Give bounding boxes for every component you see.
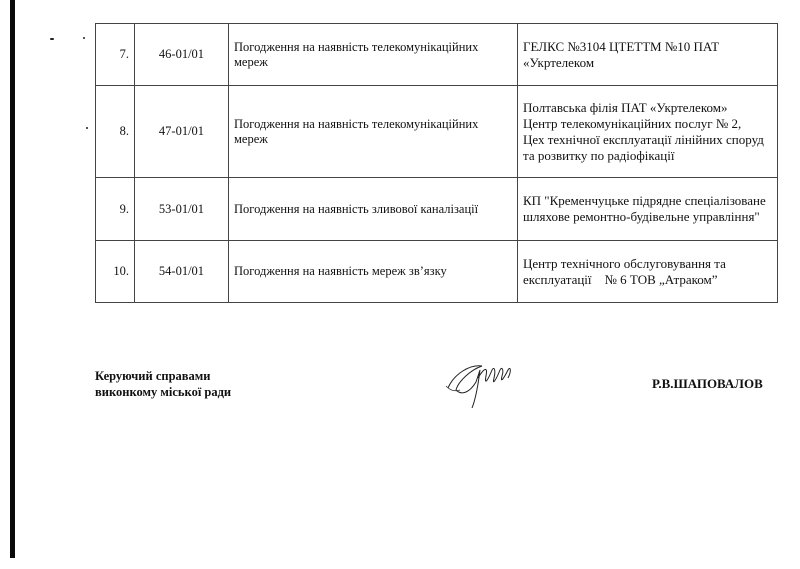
table-row: 8. 47-01/01 Погодження на наявність теле… — [96, 86, 778, 178]
row-organization: Полтавська філія ПАТ «Укртелеком» Центр … — [518, 86, 778, 178]
row-code: 46-01/01 — [135, 24, 229, 86]
approvals-table: 7. 46-01/01 Погодження на наявність теле… — [95, 23, 778, 303]
signature-icon — [440, 356, 520, 416]
row-subject: Погодження на наявність телекомунікаційн… — [229, 86, 518, 178]
row-organization: КП "Кременчуцьке підрядне спеціалізоване… — [518, 178, 778, 241]
row-code: 47-01/01 — [135, 86, 229, 178]
organization-line: Полтавська філія ПАТ «Укртелеком» — [523, 100, 772, 116]
signatory-position: Керуючий справами виконкому міської ради — [95, 368, 231, 400]
table-row: 10. 54-01/01 Погодження на наявність мер… — [96, 241, 778, 303]
position-line: Керуючий справами — [95, 368, 231, 384]
row-subject: Погодження на наявність зливової каналіз… — [229, 178, 518, 241]
row-number: 10. — [96, 241, 135, 303]
position-line: виконкому міської ради — [95, 384, 231, 400]
organization-line: та розвитку по радіофікації — [523, 148, 772, 164]
row-subject: Погодження на наявність мереж зв’язку — [229, 241, 518, 303]
row-organization: Центр технічного обслуговування та експл… — [518, 241, 778, 303]
row-organization: ГЕЛКС №3104 ЦТЕТТМ №10 ПАТ «Укртелеком — [518, 24, 778, 86]
organization-line: КП "Кременчуцьке підрядне спеціалізоване — [523, 193, 772, 209]
organization-line: Центр телекомунікаційних послуг № 2, — [523, 116, 772, 132]
organization-line: ГЕЛКС №3104 ЦТЕТТМ №10 ПАТ — [523, 39, 772, 55]
row-number: 9. — [96, 178, 135, 241]
row-code: 53-01/01 — [135, 178, 229, 241]
organization-line: Цех технічної експлуатації лінійних спор… — [523, 132, 772, 148]
scan-speck — [86, 127, 88, 129]
row-number: 8. — [96, 86, 135, 178]
table-row: 7. 46-01/01 Погодження на наявність теле… — [96, 24, 778, 86]
organization-line: експлуатації № 6 ТОВ „Атраком” — [523, 272, 772, 288]
scan-speck — [50, 38, 54, 40]
table-row: 9. 53-01/01 Погодження на наявність злив… — [96, 178, 778, 241]
scan-edge-bar — [10, 0, 15, 558]
scan-speck — [83, 37, 85, 39]
row-number: 7. — [96, 24, 135, 86]
organization-line: Центр технічного обслуговування та — [523, 256, 772, 272]
row-code: 54-01/01 — [135, 241, 229, 303]
organization-line: «Укртелеком — [523, 55, 772, 71]
row-subject: Погодження на наявність телекомунікаційн… — [229, 24, 518, 86]
signatory-name: Р.В.ШАПОВАЛОВ — [652, 376, 763, 392]
organization-line: шляхове ремонтно-будівельне управління" — [523, 209, 772, 225]
